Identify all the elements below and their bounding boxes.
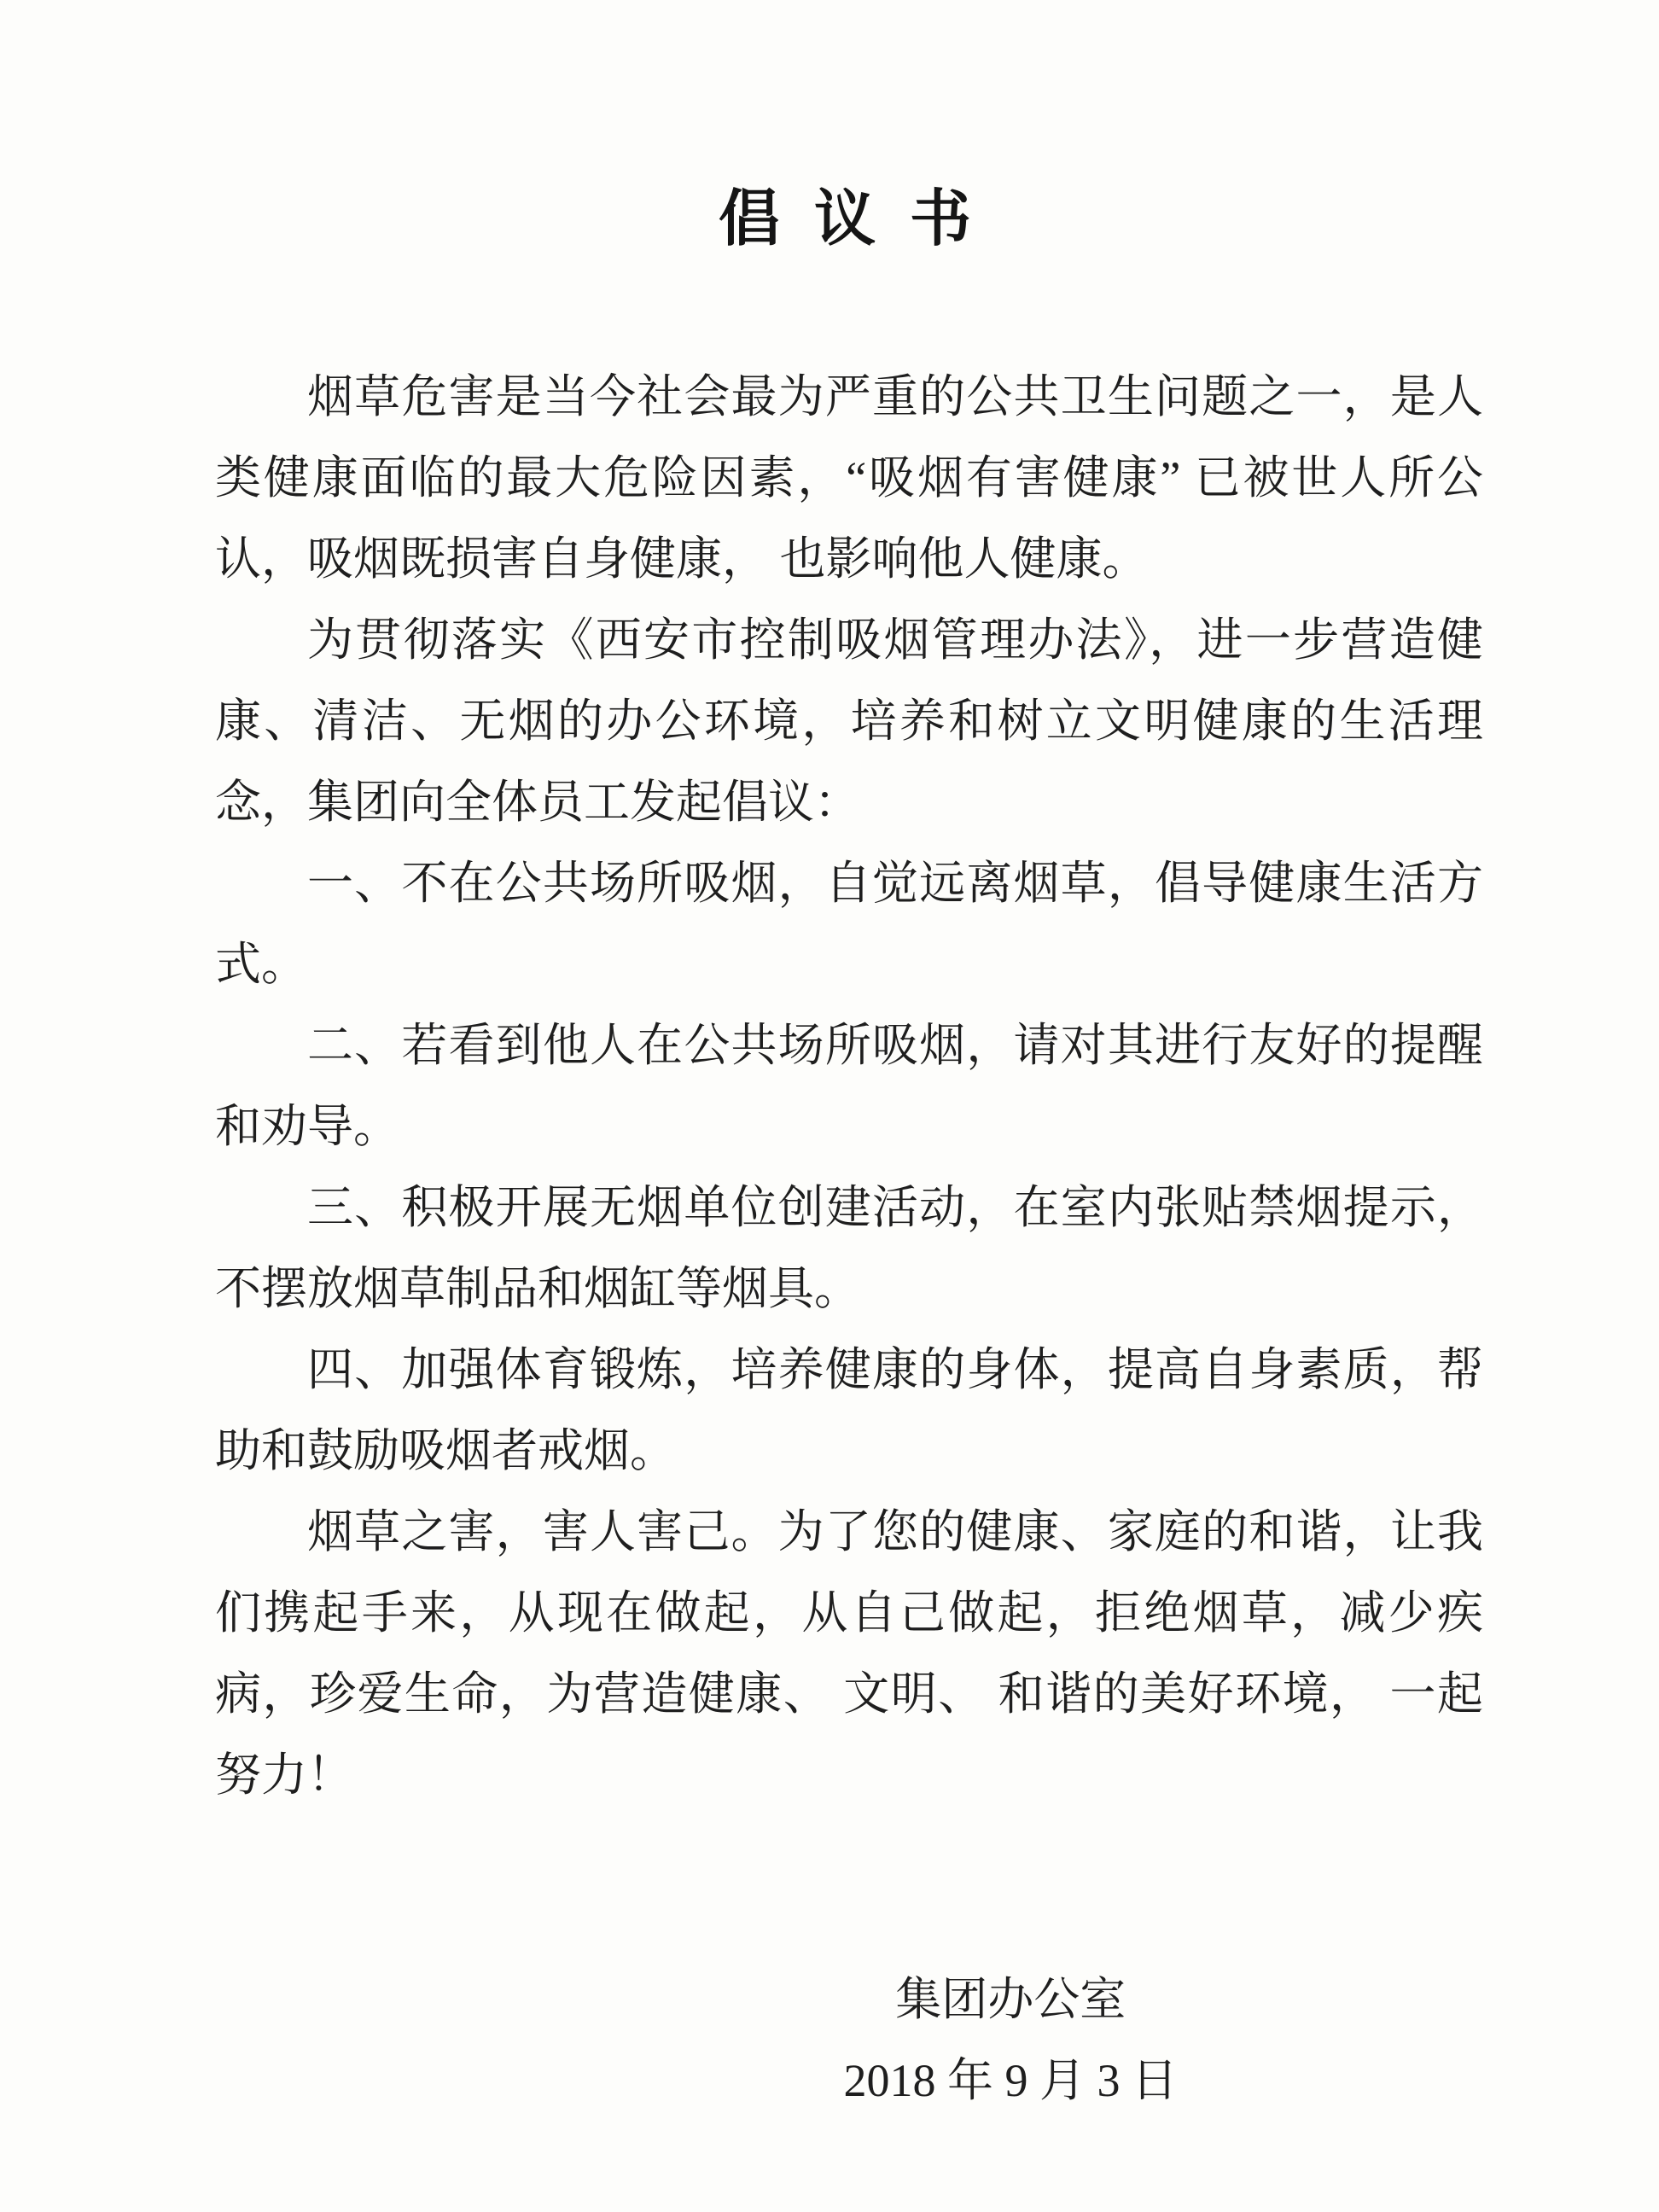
paragraph-intro-2: 为贯彻落实《西安市控制吸烟管理办法》，进一步营造健康、清洁、无烟的办公环境，培养… (215, 600, 1483, 843)
paragraph-item-2: 二、若看到他人在公共场所吸烟，请对其进行友好的提醒和劝导。 (215, 1005, 1483, 1167)
document-body: 烟草危害是当今社会最为严重的公共卫生问题之一，是人类健康面临的最大危险因素，“吸… (215, 357, 1483, 1816)
paragraph-closing: 烟草之害，害人害己。为了您的健康、家庭的和谐，让我们携起手来，从现在做起，从自己… (215, 1492, 1483, 1816)
signature-date: 2018 年 9 月 3 日 (844, 2040, 1179, 2122)
paragraph-item-4: 四、加强体育锻炼，培养健康的身体，提高自身素质，帮助和鼓励吸烟者戒烟。 (215, 1330, 1483, 1492)
paragraph-item-3: 三、积极开展无烟单位创建活动，在室内张贴禁烟提示，不摆放烟草制品和烟缸等烟具。 (215, 1167, 1483, 1330)
paragraph-item-1: 一、不在公共场所吸烟，自觉远离烟草，倡导健康生活方式。 (215, 843, 1483, 1005)
signature-block: 集团办公室 2018 年 9 月 3 日 (844, 1959, 1179, 2122)
paragraph-intro-1: 烟草危害是当今社会最为严重的公共卫生问题之一，是人类健康面临的最大危险因素，“吸… (215, 357, 1483, 600)
signature-name: 集团办公室 (844, 1959, 1179, 2040)
document-title: 倡 议 书 (215, 186, 1483, 253)
document-page: 倡 议 书 烟草危害是当今社会最为严重的公共卫生问题之一，是人类健康面临的最大危… (0, 0, 1659, 2212)
